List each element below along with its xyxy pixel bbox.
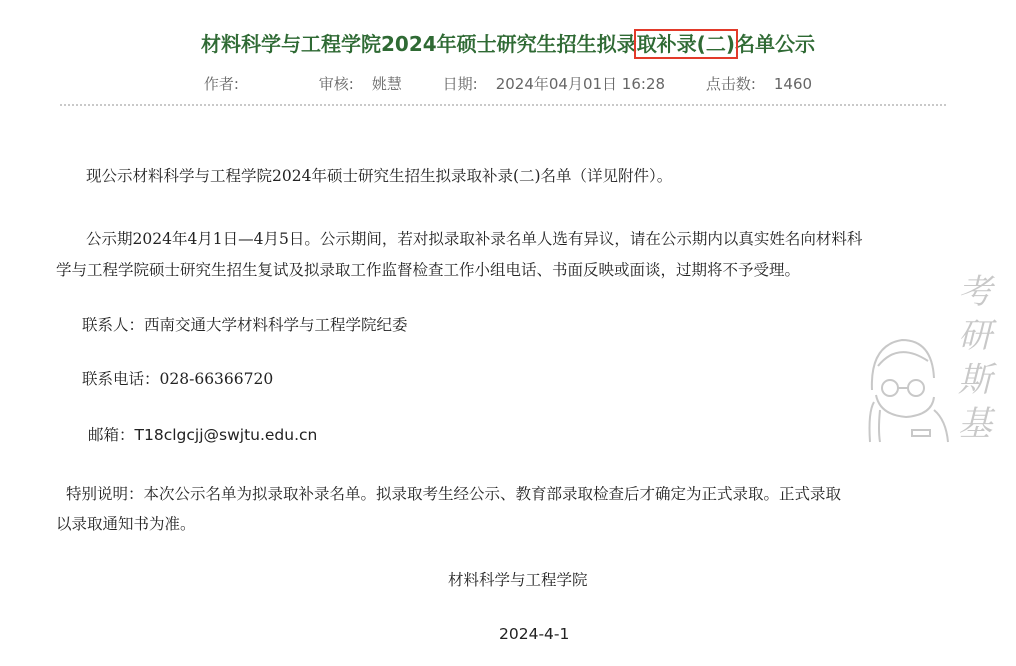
email-link[interactable]: T18clgcjj@swjtu.edu.cn [135,426,318,444]
special-note-line2: 以录取通知书为准。 [56,512,196,534]
contact-person-value: 西南交通大学材料科学与工程学院纪委 [144,316,408,334]
contact-email: 邮箱：T18clgcjj@swjtu.edu.cn [88,423,317,445]
cartoon-student-icon [860,270,960,450]
announcement-paragraph: 现公示材料科学与工程学院2024年硕士研究生招生拟录取补录(二)名单（详见附件）… [86,164,672,186]
title-text-end: 名单公示 [735,32,815,56]
title-text-start: 材料科学与工程学院2024年硕士研究生招生拟录 [201,32,637,56]
reviewer-info: 审核:姚慧 [310,75,411,93]
watermark-char: 考 [950,270,1000,314]
header-divider [60,104,946,106]
signature-org: 材料科学与工程学院 [448,568,588,590]
author-label: 作者: [204,75,239,93]
signature-date: 2024-4-1 [499,625,569,643]
clicks-value: 1460 [774,75,812,93]
date-info: 日期:2024年04月01日 16:28 [434,75,674,93]
contact-person: 联系人：西南交通大学材料科学与工程学院纪委 [82,313,408,335]
clicks-info: 点击数:1460 [697,75,821,93]
page-title: 材料科学与工程学院2024年硕士研究生招生拟录取补录(二)名单公示 [0,28,1016,57]
highlighted-title-segment: 取补录(二) [637,32,735,56]
reviewer-value: 姚慧 [372,75,402,93]
publicity-period-line2: 学与工程学院硕士研究生招生复试及拟录取工作监督检查工作小组电话、书面反映或面谈，… [56,258,800,280]
special-note-line1: 特别说明：本次公示名单为拟录取补录名单。拟录取考生经公示、教育部录取检查后才确定… [66,482,841,504]
contact-phone: 联系电话：028-66366720 [82,367,273,389]
reviewer-label: 审核: [319,75,354,93]
contact-person-label: 联系人： [82,316,144,334]
author-info: 作者: [195,75,266,93]
email-label: 邮箱： [88,426,135,444]
watermark-char: 斯 [950,358,1000,402]
article-meta: 作者: 审核:姚慧 日期:2024年04月01日 16:28 点击数:1460 [0,73,1016,94]
watermark-char: 基 [950,402,1000,446]
publicity-period-line1: 公示期2024年4月1日—4月5日。公示期间，若对拟录取补录名单人选有异议，请在… [86,227,862,249]
date-value: 2024年04月01日 16:28 [496,75,665,93]
watermark-text: 考 研 斯 基 [950,270,1000,446]
date-label: 日期: [443,75,478,93]
watermark-char: 研 [950,314,1000,358]
clicks-label: 点击数: [706,75,756,93]
phone-value: 028-66366720 [160,370,274,388]
phone-label: 联系电话： [82,370,160,388]
